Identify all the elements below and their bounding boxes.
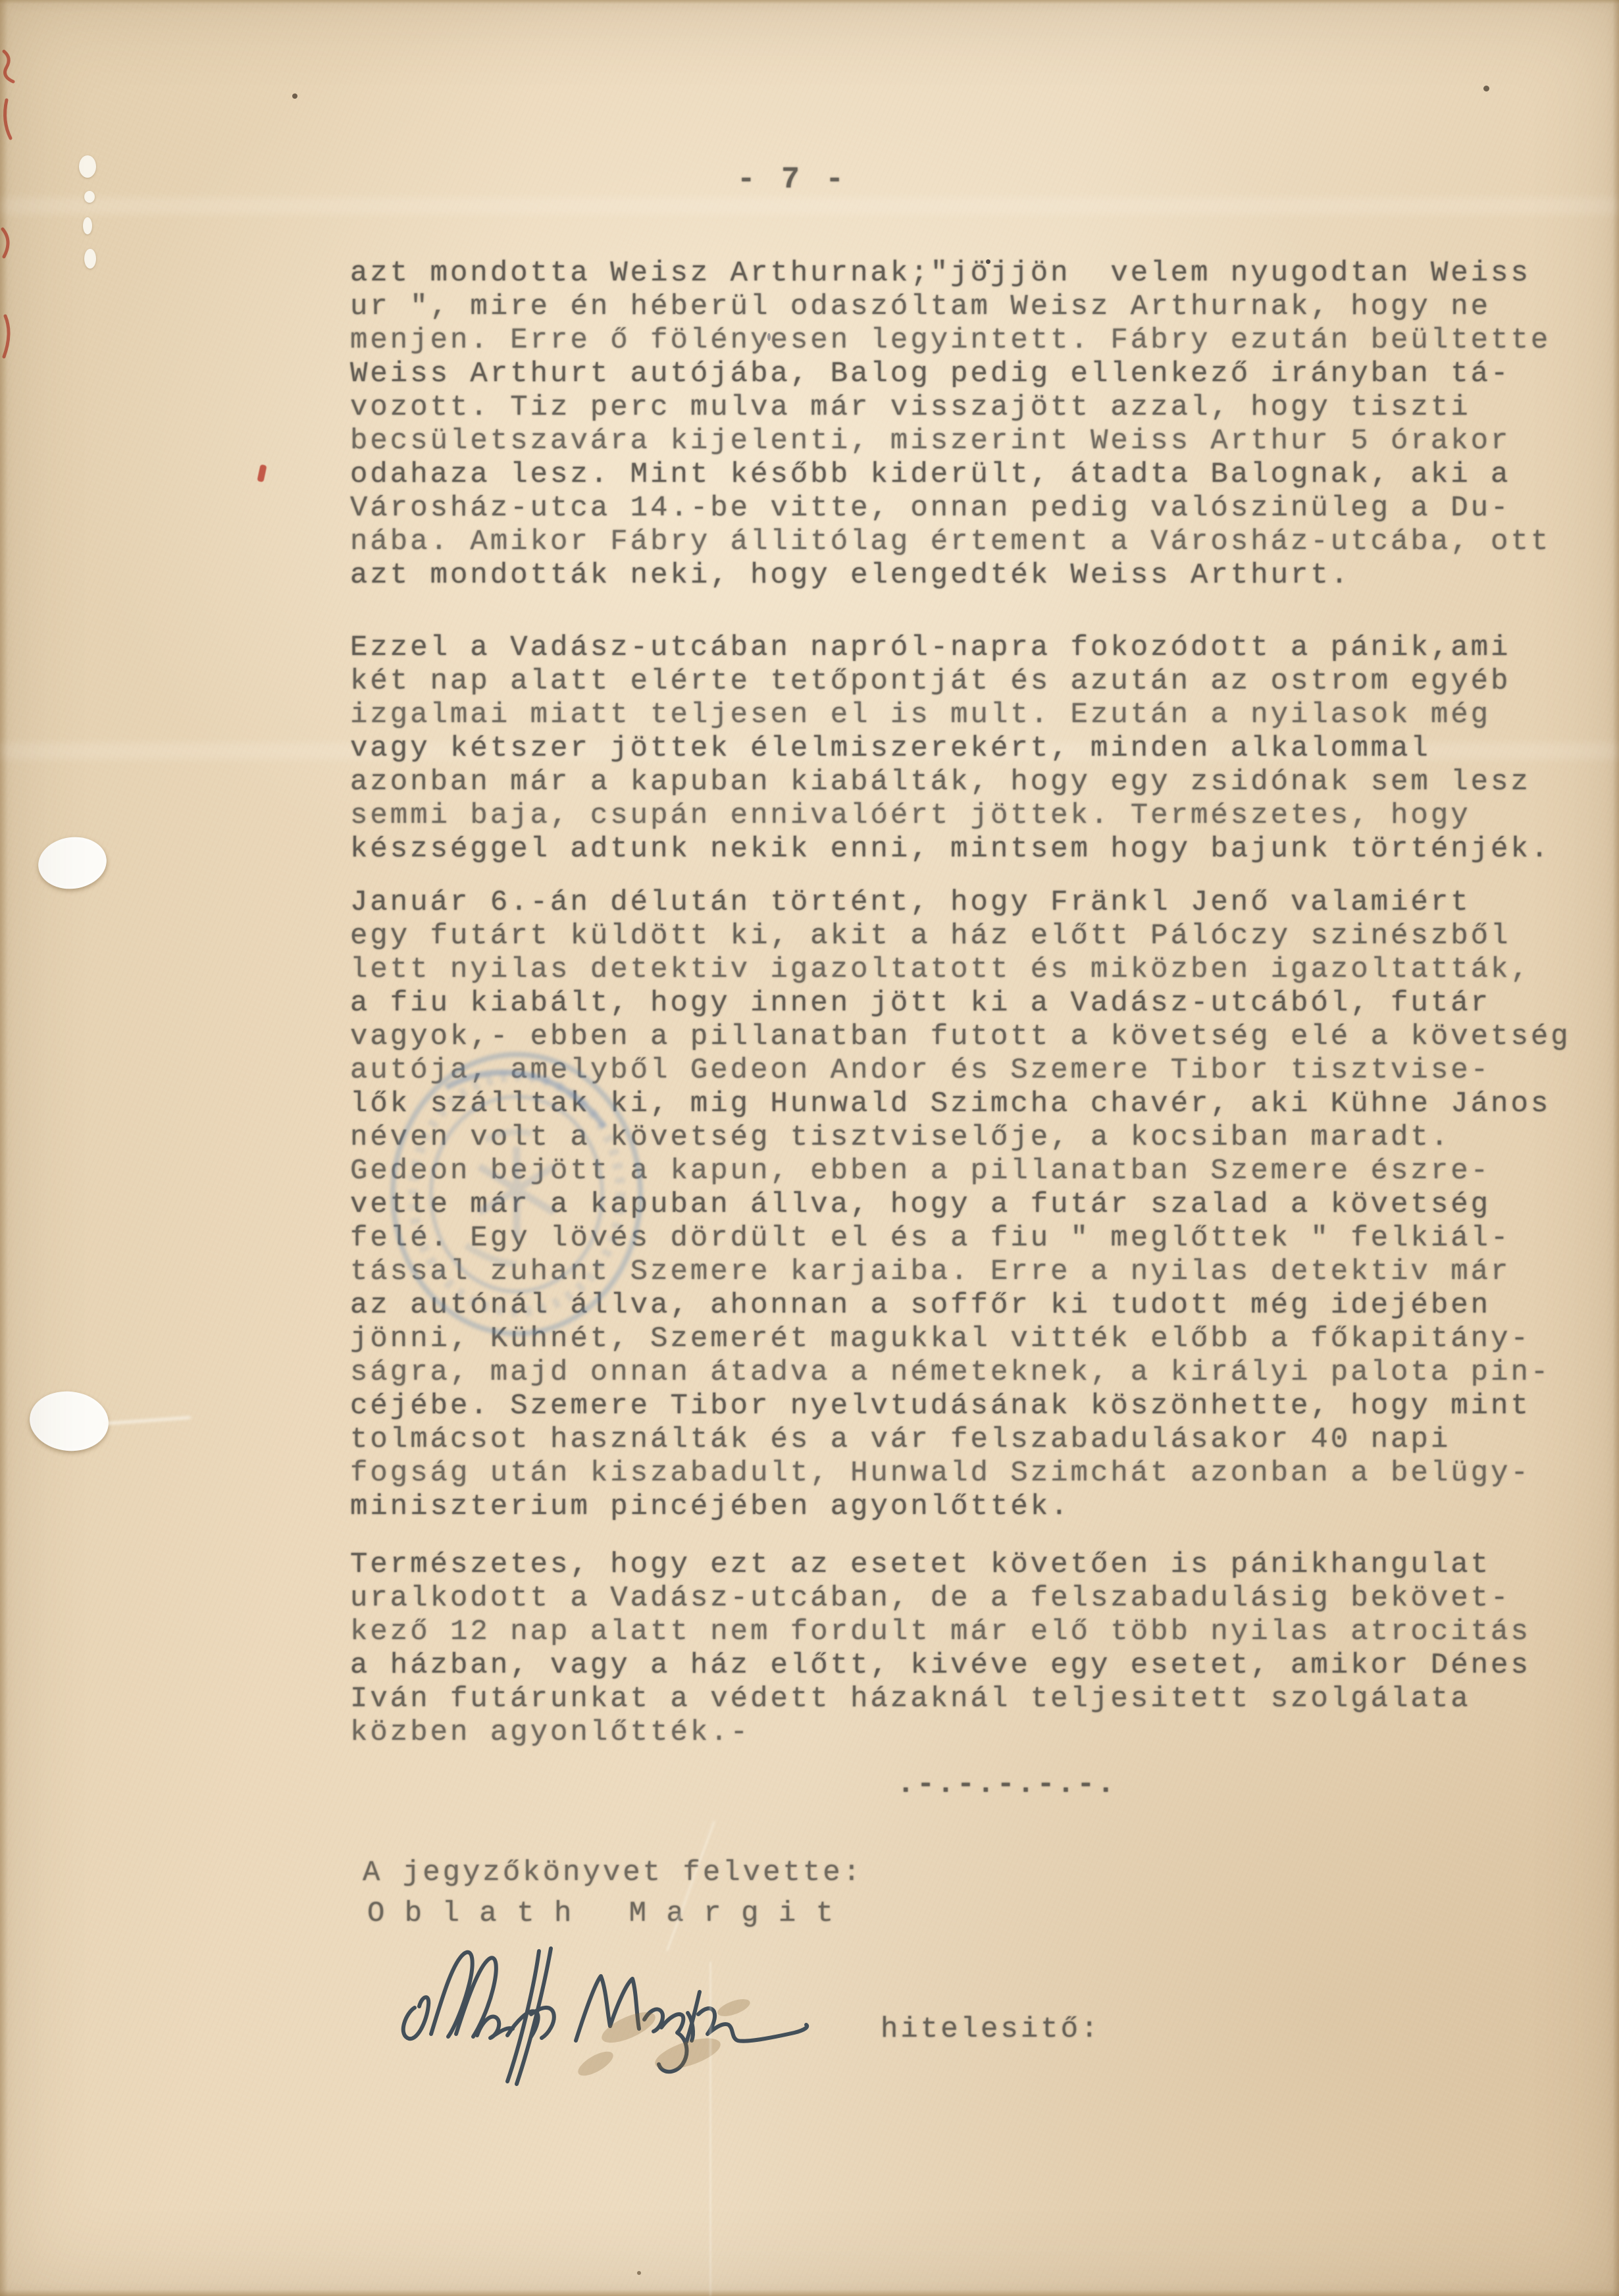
paragraph: azt mondotta Weisz Arthurnak;"jöjjön vel…: [350, 257, 1551, 592]
paper-edge-right: [1612, 0, 1619, 2296]
typed-separator: .-.-.-.-.-.: [897, 1768, 1117, 1801]
paper-tear-crease: [105, 1416, 191, 1424]
text-line: készséggel adtunk nekik enni, mintsem ho…: [350, 833, 1551, 866]
text-line: lett nyilas detektiv igazoltatott és mik…: [350, 953, 1571, 987]
text-line: nába. Amikor Fábry állitólag értement a …: [350, 525, 1551, 559]
text-line: kező 12 nap alatt nem fordult már elő tö…: [350, 1615, 1531, 1649]
text-line: vozott. Tiz perc mulva már visszajött az…: [350, 391, 1551, 425]
paragraph: Természetes, hogy ezt az esetet követően…: [350, 1548, 1531, 1750]
text-line: Weiss Arthurt autójába, Balog pedig elle…: [350, 357, 1551, 391]
paragraph: Január 6.-án délután történt, hogy Fränk…: [350, 886, 1571, 1524]
paragraph: Ezzel a Vadász-utcában napról-napra foko…: [350, 631, 1551, 866]
dirt-speck: [292, 93, 297, 99]
ink-smudge: [575, 1996, 752, 2081]
paper-edge-bottom: [0, 2289, 1619, 2296]
paper-edge-top: [0, 0, 1619, 4]
text-line: azt mondották neki, hogy elengedték Weis…: [350, 559, 1551, 592]
text-line: vagyok,- ebben a pillanatban futott a kö…: [350, 1020, 1571, 1054]
typed-name-oblath-margit: O b l a t h M a r g i t: [367, 1897, 835, 1930]
dirt-speck: [1483, 86, 1489, 91]
text-line: tolmácsot használták és a vár felszabadu…: [350, 1423, 1571, 1457]
text-line: odahaza lesz. Mint később kiderült, átad…: [350, 458, 1551, 492]
text-line: becsületszavára kijelenti, miszerint Wei…: [350, 425, 1551, 458]
text-line: fogság után kiszabadult, Hunwald Szimchá…: [350, 1457, 1571, 1490]
text-line: autója, amelyből Gedeon Andor és Szemere…: [350, 1054, 1571, 1087]
red-pencil-mark: [257, 464, 267, 483]
text-line: Iván futárunkat a védett házaknál teljes…: [350, 1683, 1531, 1716]
text-line: közben agyonlőtték.-: [350, 1716, 1531, 1750]
signature-oblath-margit: Oblath Margit: [378, 1929, 826, 2100]
page-number: - 7 -: [737, 163, 848, 197]
text-line: lők szálltak ki, mig Hunwald Szimcha cha…: [350, 1087, 1571, 1121]
paper-damage-speck: [83, 217, 92, 234]
text-line: két nap alatt elérte tetőpontját és azut…: [350, 665, 1551, 698]
text-line: a házban, vagy a ház előtt, kivéve egy e…: [350, 1649, 1531, 1683]
text-line: tással zuhant Szemere karjaiba. Erre a n…: [350, 1255, 1571, 1289]
punch-hole: [35, 833, 110, 893]
text-line: néven volt a követség tisztviselője, a k…: [350, 1121, 1571, 1155]
text-line: azonban már a kapuban kiabálták, hogy eg…: [350, 766, 1551, 799]
text-line: jönni, Kühnét, Szemerét magukkal vitték …: [350, 1322, 1571, 1356]
text-line: menjen. Erre ő fölényesen legyintett. Fá…: [350, 324, 1551, 357]
text-line: ságra, majd onnan átadva a németeknek, a…: [350, 1356, 1571, 1390]
dirt-speck: [986, 259, 990, 264]
text-line: céjébe. Szemere Tibor nyelvtudásának kös…: [350, 1390, 1571, 1423]
text-line: miniszterium pincéjében agyonlőtték.: [350, 1490, 1571, 1524]
paper-crease-band: [0, 197, 1619, 215]
paper-damage-speck: [84, 249, 96, 269]
red-pencil-edge-marks: [0, 39, 29, 395]
text-line: vagy kétszer jöttek élelmiszerekért, min…: [350, 732, 1551, 766]
text-line: vette már a kapuban állva, hogy a futár …: [350, 1188, 1571, 1222]
text-line: semmi baja, csupán ennivalóért jöttek. T…: [350, 799, 1551, 833]
text-line: Városház-utca 14.-be vitte, onnan pedig …: [350, 492, 1551, 525]
scanned-document-page: - 7 - azt mondotta Weisz Arthurnak;"jöjj…: [0, 0, 1619, 2296]
protocol-taker-label: A jegyzőkönyvet felvette:: [363, 1856, 863, 1889]
dirt-speck: [767, 333, 771, 341]
text-line: izgalmai miatt teljesen el is mult. Ezut…: [350, 698, 1551, 732]
text-line: ur ", mire én héberül odaszóltam Weisz A…: [350, 290, 1551, 324]
text-line: Január 6.-án délután történt, hogy Fränk…: [350, 886, 1571, 920]
text-line: felé. Egy lövés dördült el és a fiu " me…: [350, 1222, 1571, 1255]
text-line: a fiu kiabált, hogy innen jött ki a Vadá…: [350, 987, 1571, 1020]
dirt-speck: [637, 2271, 641, 2275]
text-line: uralkodott a Vadász-utcában, de a felsza…: [350, 1582, 1531, 1615]
text-line: Ezzel a Vadász-utcában napról-napra foko…: [350, 631, 1551, 665]
text-line: egy futárt küldött ki, akit a ház előtt …: [350, 920, 1571, 953]
paper-crease: [709, 1962, 711, 2296]
paper-damage-speck: [84, 191, 95, 203]
text-line: az autónál állva, ahonnan a soffőr ki tu…: [350, 1289, 1571, 1322]
text-line: Természetes, hogy ezt az esetet követően…: [350, 1548, 1531, 1582]
paper-damage-speck: [79, 155, 96, 178]
punch-hole: [27, 1388, 112, 1455]
text-line: Gedeon bejött a kapun, ebben a pillanatb…: [350, 1155, 1571, 1188]
attestor-label: hitelesitő:: [881, 2013, 1100, 2046]
text-line: azt mondotta Weisz Arthurnak;"jöjjön vel…: [350, 257, 1551, 290]
